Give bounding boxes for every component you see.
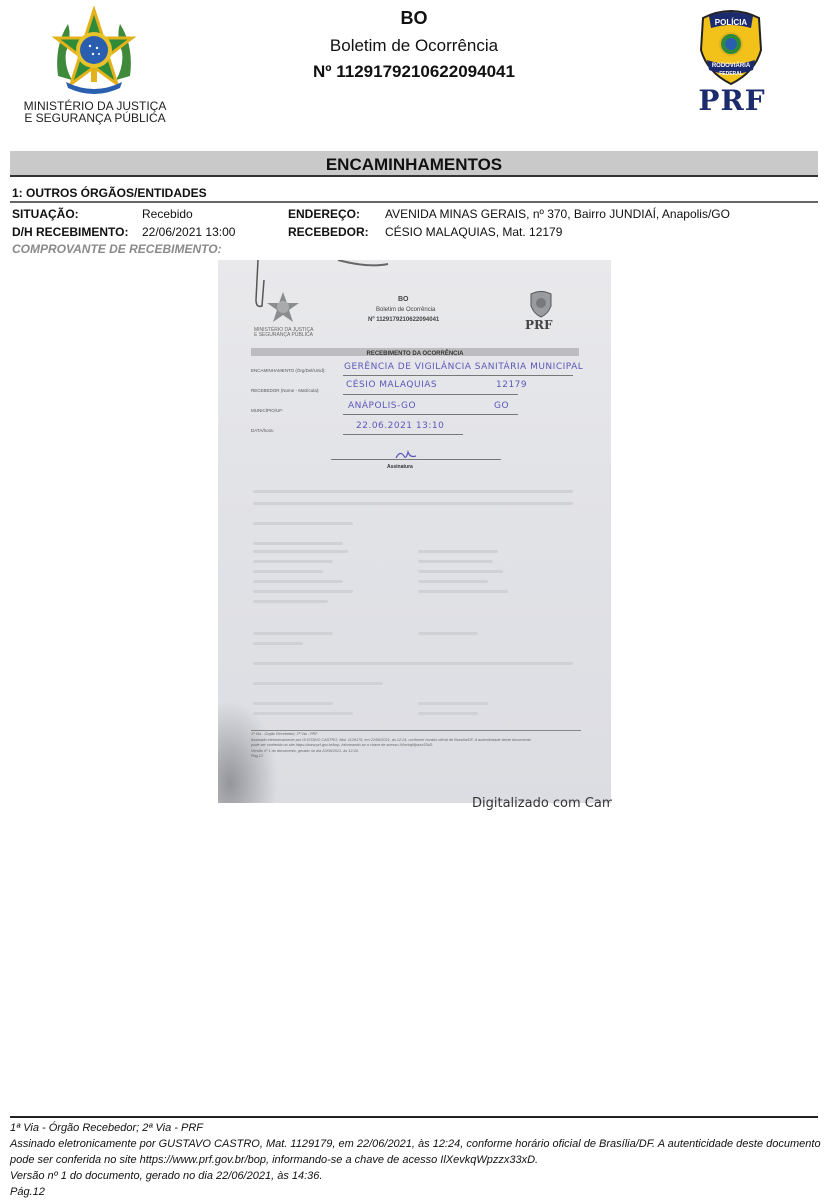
scan-number: Nº 1129179210622094041 xyxy=(368,317,439,323)
scan-prf: PRF xyxy=(525,318,553,332)
endereco-label: ENDEREÇO: xyxy=(288,207,360,221)
scan-bo: BO xyxy=(398,296,409,303)
scan-ministry-line-2: E SEGURANÇA PÚBLICA xyxy=(254,333,313,338)
footer-signature: Assinado eletronicamente por GUSTAVO CAS… xyxy=(10,1137,821,1151)
comprovante-label: COMPROVANTE DE RECEBIMENTO: xyxy=(12,242,222,256)
recebedor-value: CÉSIO MALAQUIAS, Mat. 12179 xyxy=(385,225,562,239)
scan-ministry: MINISTÉRIO DA JUSTIÇA E SEGURANÇA PÚBLIC… xyxy=(254,328,313,338)
section-title: ENCAMINHAMENTOS xyxy=(10,155,818,175)
svg-text:FEDERAL: FEDERAL xyxy=(719,71,743,77)
footer-page: Pág.12 xyxy=(10,1185,45,1199)
scan-prf-badge-icon xyxy=(528,290,554,318)
scan-row-extra: GO xyxy=(494,401,509,411)
situacao-value: Recebido xyxy=(142,207,193,221)
scan-subtitle: Boletim de Ocorrência xyxy=(376,307,435,313)
scan-shadow xyxy=(218,700,278,803)
prf-badge-logo: POLÍCIA RODOVIÁRIA FEDERAL xyxy=(695,6,767,86)
dh-recebimento-label: D/H RECEBIMENTO: xyxy=(12,225,128,239)
scan-footer-divider xyxy=(251,730,581,731)
scan-row-label: MUNICÍPIO/UF: xyxy=(251,408,283,413)
svg-text:POLÍCIA: POLÍCIA xyxy=(715,18,748,27)
scan-row-extra: 12179 xyxy=(496,380,527,390)
scan-row-label: DATA/hora: xyxy=(251,428,274,433)
scan-form-title: RECEBIMENTO DA OCORRÊNCIA xyxy=(251,351,579,357)
scan-row-label: ENCAMINHAMENTO (Órg/Del/Unid): xyxy=(251,368,326,373)
situacao-label: SITUAÇÃO: xyxy=(12,207,79,221)
ministry-line-2: E SEGURANÇA PÚBLICA xyxy=(10,112,180,124)
dh-recebimento-value: 22/06/2021 13:00 xyxy=(142,225,235,239)
scan-row-label: RECEBEDOR (Nome - Matrícula): xyxy=(251,388,320,393)
divider xyxy=(10,201,818,203)
recebedor-label: RECEBEDOR: xyxy=(288,225,369,239)
subsection-title: 1: OUTROS ÓRGÃOS/ENTIDADES xyxy=(12,186,207,200)
scan-footer: 1ª Via - Órgão Recebedor; 2ª Via - PRF A… xyxy=(251,732,581,760)
ministry-name: MINISTÉRIO DA JUSTIÇA E SEGURANÇA PÚBLIC… xyxy=(10,100,180,124)
scan-row-value: ANÁPOLIS-GO xyxy=(348,401,416,411)
scan-row-value: 22.06.2021 13:10 xyxy=(356,421,444,431)
footer-version: Versão nº 1 do documento, gerado no dia … xyxy=(10,1169,322,1183)
footer-divider xyxy=(10,1116,818,1118)
scan-signature-label: Assinatura xyxy=(387,464,413,470)
footer-verification: pode ser conferida no site https://www.p… xyxy=(10,1153,538,1167)
scan-row-value: CÉSIO MALAQUIAS xyxy=(346,380,437,390)
svg-text:RODOVIÁRIA: RODOVIÁRIA xyxy=(712,62,751,69)
scan-coat-of-arms-icon xyxy=(266,290,300,326)
endereco-value: AVENIDA MINAS GERAIS, nº 370, Bairro JUN… xyxy=(385,207,730,221)
camscanner-watermark: Digitalizado com CamScanner xyxy=(472,796,612,811)
footer-via: 1ª Via - Órgão Recebedor; 2ª Via - PRF xyxy=(10,1121,203,1135)
scan-footer-line: Pág.12 xyxy=(251,754,581,760)
prf-wordmark: PRF xyxy=(690,84,774,117)
scan-row-value: GERÊNCIA DE VIGILÂNCIA SANITÁRIA MUNICIP… xyxy=(344,362,583,372)
